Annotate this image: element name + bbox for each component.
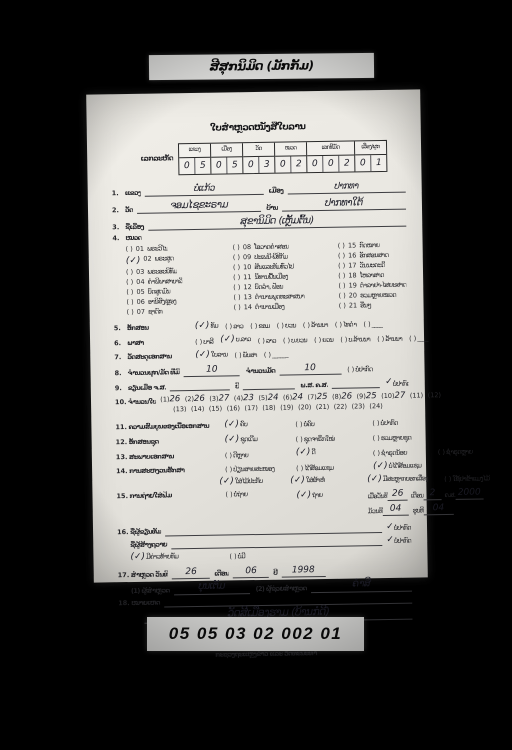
checkbox-mark: ( ) <box>338 262 345 271</box>
code-digit: 0 <box>275 157 291 173</box>
code-group-province: ແຂວງ 0 5 <box>179 144 211 174</box>
script-option: ( )____ <box>363 320 382 329</box>
category-item: ( )11ນິທານພື້ນເມືອງ <box>233 272 338 282</box>
checkbox-mark-checked: (✓) <box>220 335 235 345</box>
leaf-index: (14) <box>191 405 204 414</box>
leaf-entry: (9)25 <box>357 391 377 403</box>
row-number: 3. <box>112 223 125 232</box>
category-code: 12 <box>243 283 251 292</box>
survey-form-document: ໃບສຳຫຼວດໜັງສືໃບລານ ເລກລະຫັດ ແຂວງ 0 5 ເມື… <box>86 89 428 582</box>
district-label: ເມືອງ <box>268 186 283 195</box>
checkbox-mark-checked: (✓) <box>219 476 234 486</box>
leaf-index: (22) <box>334 403 347 412</box>
checkbox-mark: ( ) <box>340 335 347 343</box>
row-date-written: 9. ຂຽນເມື່ອ ຈ.ສ. ປີ ພ.ສ. ຄ.ສ. ✓ ບໍ່ປາກົດ <box>115 376 409 393</box>
option-label: ບ.ລ້ານນາ <box>348 335 370 343</box>
category-item: ( )21ອື່ນໆ <box>339 300 408 310</box>
leaf-entry: (2)26 <box>185 394 205 406</box>
leaf-entry: (1)26 <box>160 394 180 406</box>
category-item: ( )03ພຣະອະພິທັມ <box>126 267 233 277</box>
category-name: ອື່ນໆ <box>360 301 371 310</box>
category-name: ສິນແລະທັມທົ່ວໄປ <box>254 262 293 271</box>
code-group-fascicle: ເລື່ອງ/ຜູກ 0 1 <box>355 141 386 171</box>
option-label: ____ <box>417 334 428 342</box>
completeness-option: ( )ບໍ່ຄົບ <box>295 420 365 430</box>
script-era-option: ( )ຮວມຫຼາຍຊຸດ <box>373 434 412 443</box>
checkbox-mark: ( ) <box>127 308 134 317</box>
leaf-index: (11) <box>410 391 423 399</box>
category-item: ( )12ບົດລຳ, ຟ້ອນ <box>233 282 338 292</box>
surveyor-line: (1) ຜູ້ສຳຫຼວດ ບຸນເຕັມ (2) ຜູ້ຊ່ວຍສຳຫຼວດ … <box>131 577 412 596</box>
preservation-option: ( )ໄດ້ສ້ອມແຊມ <box>296 464 366 474</box>
written-era2-line <box>332 378 380 389</box>
top-caption-strip: ສີສຸກນິມິດ (ມັກກັ້ມ) <box>149 53 374 80</box>
material-label: ວັດສະດຸເອກສານ <box>127 352 191 362</box>
script-option: ( )ຍວນ <box>277 321 296 330</box>
category-name: ໂອວາດຄຳສອນ <box>254 243 289 252</box>
leaf-value: 25 <box>317 392 328 402</box>
checkbox-mark: ( ) <box>229 553 236 561</box>
completeness-option: ( )ບໍ່ປາກົດ <box>372 419 398 428</box>
row-number: 5. <box>114 324 127 333</box>
survey-day: 26 <box>185 567 197 577</box>
province-label: ແຂວງ <box>125 188 142 197</box>
not-shown-label: ບໍ່ປາກົດ <box>393 379 409 388</box>
checkbox-mark: ( ) <box>225 490 232 498</box>
leaf-entry: (12) <box>428 390 442 402</box>
code-digit: 2 <box>339 156 354 172</box>
code-group-bundle: ເລກທີມັດ 0 0 2 <box>307 142 355 173</box>
microfilm-roll-line: ມ້ວນທີ 04 ຮູບທີ 04 <box>368 501 484 516</box>
surveyor-name-line: ບຸນເຕັມ <box>173 579 249 595</box>
row-condition: 13. ສະພາບເອກສານ ( )ດີຫຼາຍ (✓)ດີ ( )ຊຳຣຸດ… <box>116 445 410 462</box>
category-code: 20 <box>349 291 357 300</box>
category-item: ( )16ອັກສອນສາດ <box>338 251 407 261</box>
row-number: 7. <box>114 353 127 362</box>
film-year: 2000 <box>458 487 481 497</box>
checkbox-mark: ( ) <box>264 351 271 359</box>
row-material: 7. ວັດສະດຸເອກສານ (✓)ໃບລານ ( )ພັບສາ ( )__… <box>114 346 408 363</box>
leaf-index: (16) <box>227 405 240 414</box>
option-label: ໃບລານ <box>211 350 228 358</box>
category-code: 15 <box>348 242 356 251</box>
category-item: ( )18ໂຫລາສາດ <box>338 271 407 281</box>
category-code: 04 <box>136 278 144 287</box>
code-header: ແຂວງ <box>179 144 210 158</box>
script-era-option: ( )ຊຸດຈາຣຶກໃໝ່ <box>296 434 366 444</box>
province-value: ບໍ່ແກ້ວ <box>194 184 215 194</box>
temple-label: ວັດ <box>125 205 133 214</box>
code-header: ເລກທີມັດ <box>307 142 354 157</box>
category-code: 19 <box>348 281 356 290</box>
checkbox-mark-checked: (✓) <box>367 474 382 484</box>
category-name: ພຣະວິໄນ <box>147 245 168 254</box>
category-name: ນິທານພື້ນເມືອງ <box>254 273 287 282</box>
code-digit: 1 <box>371 155 386 171</box>
checkbox-mark-checked: (✓) <box>195 350 210 360</box>
option-label: ດີ <box>311 448 315 456</box>
category-name: ຮວມຫຼາຍໝວດ <box>360 291 396 300</box>
checkbox-mark: ( ) <box>283 336 290 344</box>
checkbox-mark: ( ) <box>438 448 445 456</box>
checkbox-mark: ( ) <box>314 336 321 344</box>
row-temple: 2. ວັດ ຈອມໄຊຂະຣາມ ບ້ານ ປາກທາໃຕ້ <box>112 195 406 214</box>
checkbox-mark-checked: (✓) <box>225 434 240 444</box>
form-content: ໃບສຳຫຼວດໜັງສືໃບລານ ເລກລະຫັດ ແຂວງ 0 5 ເມື… <box>111 114 412 573</box>
category-code: 01 <box>136 245 144 254</box>
category-item: (✓)02ພຣະສູດ <box>126 253 233 267</box>
bundle-count-label: ຈຳນວນມັດ <box>246 367 275 376</box>
code-digits: 0 1 <box>355 155 386 171</box>
checkbox-mark: ( ) <box>295 421 302 429</box>
row-number: 18. <box>118 599 131 608</box>
material-option: ( )ພັບສາ <box>234 351 256 360</box>
written-era2-label: ພ.ສ. ຄ.ສ. <box>300 380 328 389</box>
leaf-index: (6) <box>283 393 292 401</box>
not-shown-label: ບໍ່ປາກົດ <box>394 523 411 532</box>
leaf-entry: (3)27 <box>209 393 229 405</box>
language-option: ( )ບາລີ <box>195 337 213 346</box>
film-day-line: 26 <box>388 487 408 500</box>
village-value-line: ປາກທາໃຕ້ <box>282 195 406 211</box>
option-label: ໄທດຳ <box>343 320 357 328</box>
leaf-index: (15) <box>209 405 222 414</box>
option-label: ບໍ່ໄດ້ສ້ອມແຊມ <box>389 461 422 470</box>
option-label: ລາວ <box>233 322 243 330</box>
category-code: 21 <box>349 301 357 310</box>
film-month: 2 <box>430 488 436 498</box>
category-item: ( )07ຊາດົກ <box>127 307 234 317</box>
film-frame: 04 <box>433 503 445 513</box>
row-number: 16. <box>117 528 130 537</box>
microfilm-date-line: ເມື່ອວັນທີ 26 ເດືອນ 2 ຄ.ສ. 2000 <box>367 486 483 501</box>
checkbox-mark: ( ) <box>233 293 240 302</box>
surveyor-label: (1) ຜູ້ສຳຫຼວດ <box>131 586 170 595</box>
condition-option: ( )ຊຳຣຸດຫຼາຍ <box>438 447 473 456</box>
category-code: 08 <box>243 243 251 252</box>
checkbox-mark: ( ) <box>444 475 451 483</box>
option-label: ໃຊ້ຢາຂ້າແມງໄມ້ <box>452 475 489 484</box>
category-code: 07 <box>137 308 145 317</box>
checkbox-mark: ( ) <box>126 268 133 277</box>
leaf-index: (3) <box>209 394 218 402</box>
option-label: ______ <box>272 351 288 359</box>
option-label: ຍວນ <box>322 335 333 343</box>
category-code: 02 <box>143 255 151 267</box>
language-option: ( )ຍວນ <box>314 335 333 344</box>
option-label: ພັບສາ <box>243 351 257 359</box>
category-item: ( )19ຕຳລາຢາ-ໄສຍະສາດ <box>338 281 407 291</box>
option-label: ໃສ່ໄມ້ປະກັບ <box>235 477 263 485</box>
category-item: ( )17ວັນນະຄະດີ <box>338 261 407 271</box>
leaf-entry: (4)23 <box>234 393 254 405</box>
bundle-count-line: 10 <box>279 361 341 375</box>
code-digits: 0 2 <box>275 156 306 172</box>
written-era-line <box>170 381 230 392</box>
handwritten-check: ✓ <box>385 376 393 388</box>
leaf-entry: (6)24 <box>283 392 303 404</box>
leaf-index: (18) <box>262 404 275 413</box>
checkbox-mark: ( ) <box>126 298 133 307</box>
checkbox-mark-checked: (✓) <box>195 320 210 330</box>
microfilm-details: ເມື່ອວັນທີ 26 ເດືອນ 2 ຄ.ສ. 2000 ມ້ວນທີ 0… <box>367 486 483 518</box>
preservation-option: (✓)ໃສ່ຜ້າຫໍ່ <box>290 473 360 486</box>
row-number: 1. <box>112 189 125 198</box>
checkbox-mark: ( ) <box>277 322 284 330</box>
leaf-index: (19) <box>280 404 293 413</box>
code-number-section: ເລກລະຫັດ ແຂວງ 0 5 ເມືອງ 0 5 <box>129 140 405 176</box>
category-label: ໝວດ <box>125 234 141 243</box>
category-item: ( )06ອານິສົງ/ສຼອງ <box>126 297 233 307</box>
bundle-count-value: 10 <box>304 363 316 373</box>
leaf-index: (10) <box>381 392 394 400</box>
script-option: (✓)ທັມ <box>195 319 218 332</box>
option-label: ດີຫຼາຍ <box>233 451 248 459</box>
checkbox-mark: ( ) <box>409 334 416 342</box>
handwritten-check: ✓ <box>386 534 394 546</box>
option-label: ຄົບ <box>240 420 247 428</box>
row-category: 4. ໝວດ ( )01ພຣະວິໄນ (✓)02ພຣະສູດ ( )03ພຣະ… <box>112 229 407 317</box>
option-label: ລ້ານນາ <box>311 321 328 329</box>
category-name: ບົດສູດມົນ <box>148 288 171 297</box>
script-label: ອັກສອນ <box>127 323 191 333</box>
completeness-label: ຄວາມສົມບູນຂອງເນື້ອເອກສານ <box>128 422 220 432</box>
category-code: 11 <box>243 273 251 282</box>
category-item: ( )01ພຣະວິໄນ <box>126 244 233 254</box>
surveyor-name: ບຸນເຕັມ <box>198 581 225 592</box>
row-number: 4. <box>112 234 125 243</box>
checkbox-mark-checked: (✓) <box>126 255 141 267</box>
checkbox-mark: ( ) <box>234 351 241 359</box>
checkbox-mark-checked: (✓) <box>224 419 239 429</box>
village-label: ບ້ານ <box>266 203 278 212</box>
category-column-2: ( )08ໂອວາດຄຳສອນ ( )09ປະເພນີ-ພິທີກັມ ( )1… <box>233 241 339 316</box>
handwritten-check: ✓ <box>386 520 394 532</box>
option-label: ຊຳຣຸດຫຼາຍ <box>446 447 473 455</box>
option-label: ບ.ຍວນ <box>291 336 307 344</box>
category-code: 09 <box>243 253 251 262</box>
option-label: ບາລີ <box>203 337 213 345</box>
checkbox-mark: ( ) <box>373 434 380 442</box>
manuscript-title-label: ຊື່ເລື່ອງ <box>125 222 144 231</box>
option-label: ບໍ່ມີ <box>238 552 246 560</box>
category-item: ( )08ໂອວາດຄຳສອນ <box>233 242 338 252</box>
category-name: ອັກສອນສາດ <box>359 251 388 260</box>
top-caption-text: ສີສຸກນິມິດ (ມັກກັ້ມ) <box>209 58 313 73</box>
row-number: 6. <box>114 339 127 348</box>
option-label: ທັມ <box>210 321 218 329</box>
row-leaf-counts: 10. ຈຳນວນໃບ (1)26 (2)26 (3)27 (4)23 (5)2… <box>115 390 409 415</box>
checkbox-mark-checked: (✓) <box>296 447 311 457</box>
code-digit: 0 <box>355 155 371 171</box>
checkbox-mark: ( ) <box>233 283 240 292</box>
leaf-value: 24 <box>292 392 303 402</box>
leaf-value: 26 <box>194 394 205 404</box>
form-title: ໃບສຳຫຼວດໜັງສືໃບລານ <box>111 120 405 137</box>
category-code: 10 <box>243 263 251 272</box>
category-name: ປະເພນີ-ພິທີກັມ <box>254 253 287 262</box>
leaf-entry: (10)27 <box>381 390 405 402</box>
row-script-era: 12. ອັກສອນຊຸດ (✓)ຊຸດເດີມ ( )ຊຸດຈາຣຶກໃໝ່ … <box>116 430 410 447</box>
leaf-counts-label: ຈຳນວນໃບ <box>128 397 156 406</box>
leaf-entry: (8)26 <box>332 391 352 403</box>
film-year-line: 2000 <box>455 486 483 500</box>
leaf-entry: (7)25 <box>307 392 327 404</box>
option-label: ຮວມຫຼາຍຊຸດ <box>381 434 412 442</box>
village-value: ປາກທາໃຕ້ <box>325 197 363 209</box>
code-group-district: ເມືອງ 0 5 <box>211 143 243 173</box>
microfilm-option: ( )ບໍ່ຖ່າຍ <box>225 489 289 499</box>
option-label: ____ <box>372 320 383 328</box>
checkbox-mark: ( ) <box>296 465 303 473</box>
temple-value: ຈອມໄຊຂະຣາມ <box>170 199 228 211</box>
category-name: ຊາດົກ <box>148 308 162 317</box>
code-number-label: ເລກລະຫັດ <box>129 155 173 165</box>
category-name: ພຣະອະພິທັມ <box>147 268 177 277</box>
category-item: ( )15ກົດໝາຍ <box>338 241 407 251</box>
row-number: 17. <box>118 571 131 580</box>
script-option: ( )ລາວ <box>225 322 243 331</box>
checkbox-mark: ( ) <box>195 337 202 345</box>
category-item: ( )14ຕຳນານເມືອງ <box>234 302 339 312</box>
row-preservation: 14. ການສະຫງວນຮັກສາ ( )ປ່ຽນສາຍສະໜອງ ( )ໄດ… <box>116 460 410 490</box>
option-label: ປ່ຽນສາຍສະໜອງ <box>233 465 274 474</box>
leaf-entry: (5)24 <box>258 392 278 404</box>
leaf-index: (23) <box>351 403 364 412</box>
material-option: ( )______ <box>264 351 288 360</box>
row-manuscript-title: 3. ຊື່ເລື່ອງ ສຸຂານິມິດ (ເຫຼັ້ມຕົ້ນ) <box>112 212 406 231</box>
category-name: ຕຳນານເມືອງ <box>255 302 284 311</box>
film-roll-label: ມ້ວນທີ <box>368 507 383 516</box>
category-code: 05 <box>136 288 144 297</box>
fascicle-count-value: 10 <box>206 364 218 374</box>
option-label: ບໍ່ຄົບ <box>303 421 314 429</box>
language-option: (✓)ບ.ລາວ <box>220 333 251 346</box>
language-option: ( )ບ.ລ້ານນາ <box>340 335 370 344</box>
survey-date-label: ສຳຫຼວດ ວັນທີ <box>131 571 169 580</box>
checkbox-mark: ( ) <box>363 320 370 328</box>
checkbox-mark: ( ) <box>338 252 345 261</box>
code-header: ເລື່ອງ/ຜູກ <box>355 141 386 155</box>
code-digit: 0 <box>243 157 259 173</box>
leaf-value: 26 <box>341 391 352 401</box>
language-option: ( )ລ້ານນາ <box>377 334 402 343</box>
leaf-value: 23 <box>243 393 254 403</box>
row-number: 13. <box>116 453 129 462</box>
survey-day-line: 26 <box>172 566 210 580</box>
condition-option: (✓)ດີ <box>296 446 366 459</box>
option-label: ຖ່າຍ <box>312 491 322 499</box>
language-option: ( )____ <box>409 334 428 343</box>
preservation-option: (✓)ໃສ່ໄມ້ປະກັບ <box>219 475 283 488</box>
assistant-name: ຄຳສີ <box>352 578 370 589</box>
leaf-index: (24) <box>369 402 382 411</box>
preservation-option: (✓)ບໍ່ໄດ້ສ້ອມແຊມ <box>373 459 421 472</box>
survey-month-line: 06 <box>233 565 269 579</box>
option-label: ມີສະຫຼາກບອກເລື່ອງ <box>383 474 428 483</box>
checkbox-mark: ( ) <box>373 449 380 457</box>
code-digits: 0 5 <box>179 158 210 174</box>
category-code: 17 <box>348 261 356 270</box>
script-option: ( )ຂອມ <box>250 322 270 331</box>
row-number: 2. <box>112 206 125 215</box>
code-header: ໝວດ <box>275 142 306 156</box>
language-option: ( )ລາວ <box>258 336 276 345</box>
category-item: ( )04ຄຳພີພາສາບາລີ <box>126 277 233 287</box>
row-province: 1. ແຂວງ ບໍ່ແກ້ວ ເມືອງ ປາກທາ <box>112 180 406 198</box>
code-table: ແຂວງ 0 5 ເມືອງ 0 5 ວັດ 0 <box>178 140 387 175</box>
code-digit: 5 <box>227 157 242 173</box>
checkbox-mark: ( ) <box>377 335 384 343</box>
checkbox-mark: ( ) <box>296 435 303 443</box>
completeness-option: (✓)ຄົບ <box>224 418 288 431</box>
preservation-option: ( )ປ່ຽນສາຍສະໜອງ <box>225 465 289 475</box>
row-number: 11. <box>115 423 128 432</box>
checkbox-mark: ( ) <box>126 278 133 287</box>
category-name: ຕຳລາຢາ-ໄສຍະສາດ <box>360 281 407 290</box>
script-option: ( )ໄທດຳ <box>335 320 357 329</box>
fascicle-count-line: 10 <box>184 363 240 377</box>
code-digits: 0 5 <box>211 157 242 173</box>
photo-of-document: { "top_label": { "text": "ສີສຸກນິມິດ (ມັ… <box>0 0 512 750</box>
category-name: ຕຳນານພຸດທະສາສນາ <box>255 292 305 302</box>
condition-option: ( )ດີຫຼາຍ <box>225 450 289 460</box>
option-label: ບໍ່ຖ່າຍ <box>234 490 248 498</box>
film-day: 26 <box>392 488 404 498</box>
row-completeness: 11. ຄວາມສົມບູນຂອງເນື້ອເອກສານ (✓)ຄົບ ( )ບ… <box>115 416 409 433</box>
category-column-3: ( )15ກົດໝາຍ ( )16ອັກສອນສາດ ( )17ວັນນະຄະດ… <box>338 240 408 314</box>
colophon-option: (✓)ມີຄ່າວທ້າຍທັມ <box>130 549 222 563</box>
checkbox-mark: ( ) <box>225 466 232 474</box>
category-grid: ( )01ພຣະວິໄນ (✓)02ພຣະສູດ ( )03ພຣະອະພິທັມ… <box>126 240 408 317</box>
checkbox-mark-checked: (✓) <box>296 490 311 500</box>
code-digit: 0 <box>179 158 195 174</box>
written-year-line <box>243 380 295 391</box>
leaf-index: (2) <box>185 395 194 403</box>
survey-month: 06 <box>245 566 257 576</box>
survey-year-line: 1998 <box>281 564 325 578</box>
colophon-option: ( )ບໍ່ມີ <box>229 552 245 561</box>
microfilm-label: ການຖ່າຍໃສ່ຟິມ <box>129 490 221 500</box>
leaf-value: 26 <box>169 394 180 404</box>
row-language: 6. ພາສາ ( )ບາລີ (✓)ບ.ລາວ ( )ລາວ ( )ບ.ຍວນ… <box>114 331 408 348</box>
row-names: 16. ຊື່ຜູ້ຂຽນທັມ ✓ ບໍ່ປາກົດ ຊື່ຜູ້ສ້າງຖວ… <box>117 520 412 563</box>
district-value: ປາກທາ <box>334 182 358 192</box>
checkbox-mark: ( ) <box>234 303 241 312</box>
written-era-label: ຂຽນເມື່ອ ຈ.ສ. <box>128 383 166 392</box>
category-name: ກົດໝາຍ <box>359 241 380 250</box>
category-item: ( )10ສິນແລະທັມທົ່ວໄປ <box>233 262 338 272</box>
film-month-label: ເດືອນ <box>411 492 424 501</box>
leaf-index: (5) <box>258 394 267 402</box>
checkbox-mark: ( ) <box>233 253 240 262</box>
code-header: ວັດ <box>243 143 274 157</box>
row-number: 14. <box>116 467 129 476</box>
category-item: ( )20ຮວມຫຼາຍໝວດ <box>339 291 408 301</box>
preservation-line2: (✓)ໃສ່ໄມ້ປະກັບ (✓)ໃສ່ຜ້າຫໍ່ (✓)ມີສະຫຼາກບ… <box>219 473 410 488</box>
film-frame-line: 04 <box>423 502 453 516</box>
bottom-code-text: 05 05 03 02 002 01 <box>169 624 343 643</box>
option-label: ມີຄ່າວທ້າຍທັມ <box>146 552 178 561</box>
checkbox-mark: ( ) <box>339 292 346 301</box>
language-label: ພາສາ <box>127 338 191 348</box>
checkbox-mark: ( ) <box>126 245 133 254</box>
row-number: 10. <box>115 398 128 407</box>
district-value-line: ປາກທາ <box>287 180 406 195</box>
row-script: 5. ອັກສອນ (✓)ທັມ ( )ລາວ ( )ຂອມ ( )ຍວນ ( … <box>114 316 408 333</box>
category-item: ( )13ຕຳນານພຸດທະສາສນາ <box>233 292 338 302</box>
checkbox-mark: ( ) <box>339 301 346 310</box>
